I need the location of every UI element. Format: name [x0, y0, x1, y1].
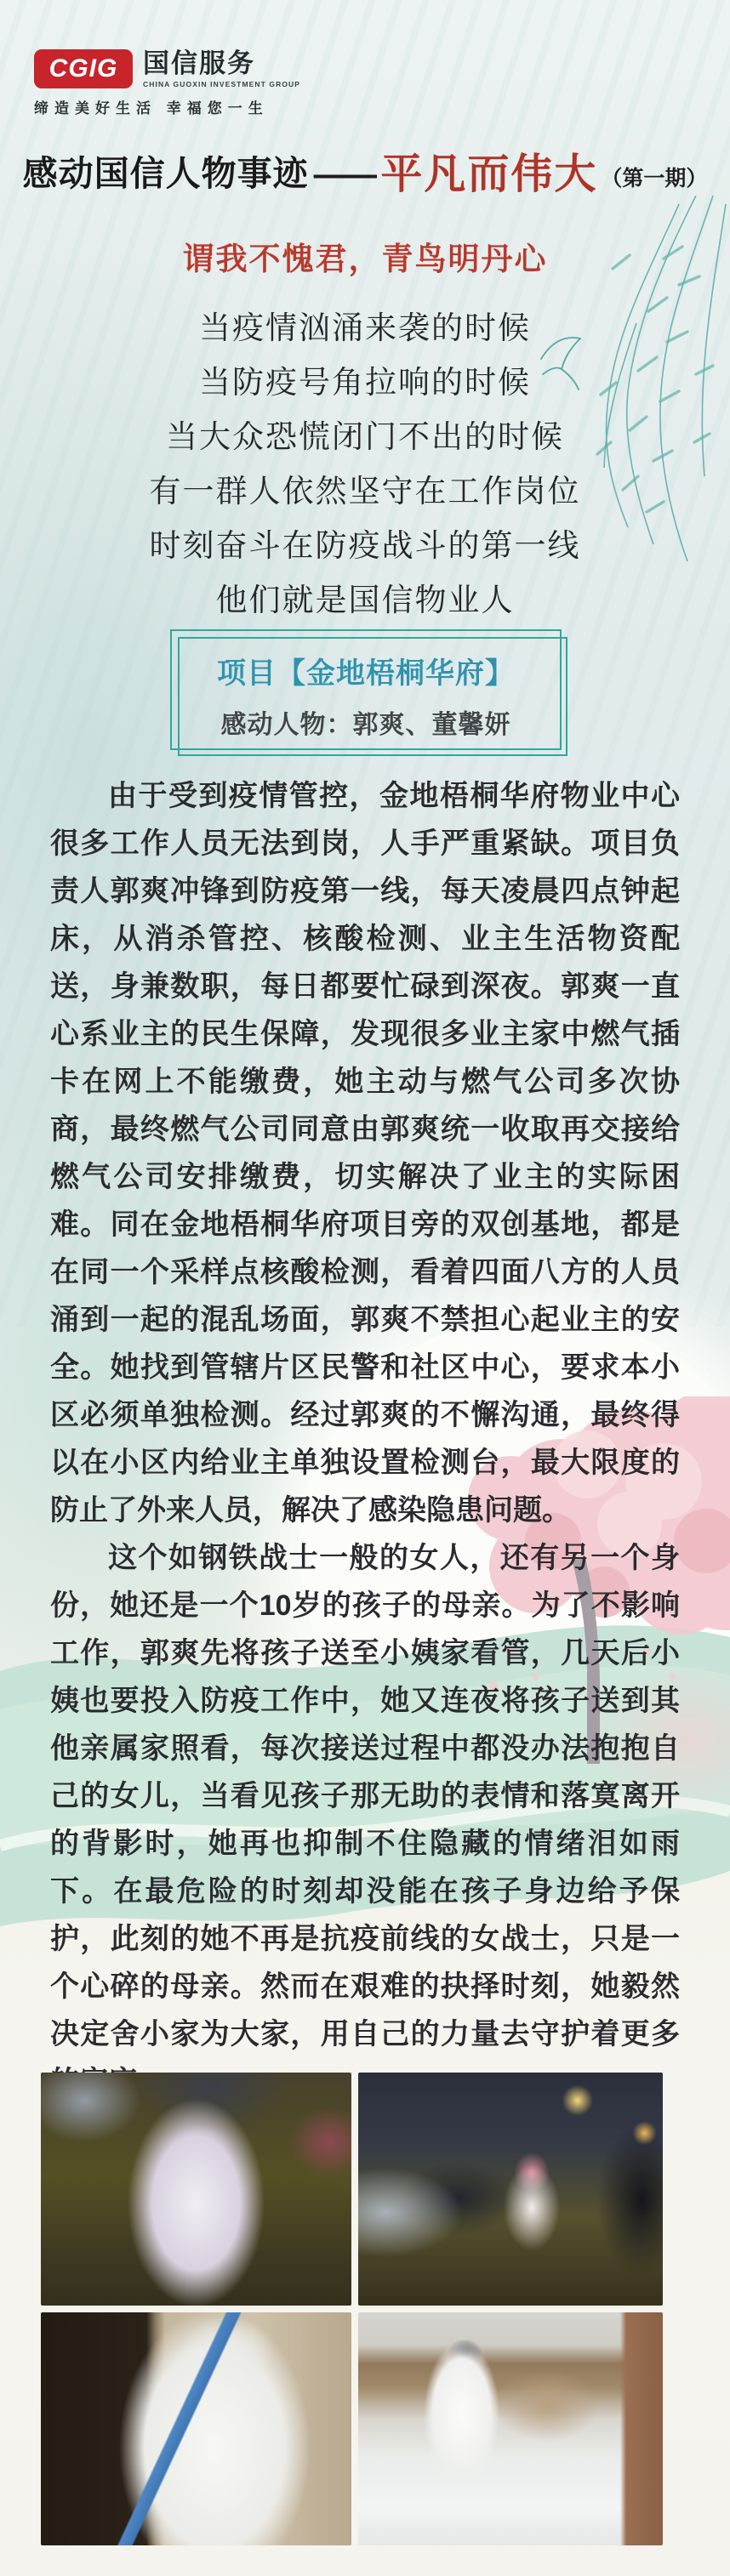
poem-line: 当防疫号角拉响的时候 [0, 355, 730, 410]
poem-red-line: 谓我不愧君，青鸟明丹心 [0, 233, 730, 279]
brand-header: CGIG 国信服务 CHINA GUOXIN INVESTMENT GROUP … [34, 49, 300, 117]
article-paragraph-1: 由于受到疫情管控，金地梧桐华府物业中心很多工作人员无法到岗，人手严重紧缺。项目负… [50, 772, 680, 1534]
project-people: 感动人物：郭爽、董馨妍 [172, 703, 560, 741]
poem-line: 当大众恐慌闭门不出的时候 [0, 410, 730, 464]
title-highlight: 平凡而伟大 [380, 149, 597, 198]
title-issue: （第一期） [601, 167, 707, 190]
logo-cn-name: 国信服务 [143, 49, 300, 78]
project-title: 项目【金地梧桐华府】 [172, 650, 560, 691]
article-body: 由于受到疫情管控，金地梧桐华府物业中心很多工作人员无法到岗，人手严重紧缺。项目负… [50, 772, 680, 2106]
poem-line: 有一群人依然坚守在工作岗位 [0, 464, 730, 519]
logo-en-name: CHINA GUOXIN INVESTMENT GROUP [143, 80, 300, 88]
article-paragraph-2: 这个如钢铁战士一般的女人，还有另一个身份，她还是一个10岁的孩子的母亲。为了不影… [50, 1534, 680, 2106]
article-page: CGIG 国信服务 CHINA GUOXIN INVESTMENT GROUP … [0, 0, 730, 2576]
photo-grid [41, 2073, 663, 2545]
cgig-logo: CGIG [34, 49, 133, 88]
opening-poem: 谓我不愧君，青鸟明丹心 当疫情汹涌来袭的时候 当防疫号角拉响的时候 当大众恐慌闭… [0, 233, 730, 628]
title-dash: —— [314, 156, 373, 193]
photo-night-street-family[interactable] [358, 2073, 663, 2306]
title-prefix: 感动国信人物事迹 [23, 154, 309, 193]
page-title: 感动国信人物事迹——平凡而伟大（第一期） [0, 141, 730, 201]
photo-night-street-child[interactable] [41, 2073, 351, 2306]
brand-tagline: 缔造美好生活 幸福您一生 [34, 96, 300, 117]
photo-ppe-suit-snow[interactable] [358, 2312, 663, 2545]
project-info-box: 项目【金地梧桐华府】 感动人物：郭爽、董馨妍 [170, 629, 562, 750]
poem-line: 他们就是国信物业人 [0, 573, 730, 628]
poem-line: 时刻奋斗在防疫战斗的第一线 [0, 519, 730, 573]
photo-ppe-suit-door[interactable] [41, 2312, 351, 2545]
poem-line: 当疫情汹涌来袭的时候 [0, 301, 730, 355]
